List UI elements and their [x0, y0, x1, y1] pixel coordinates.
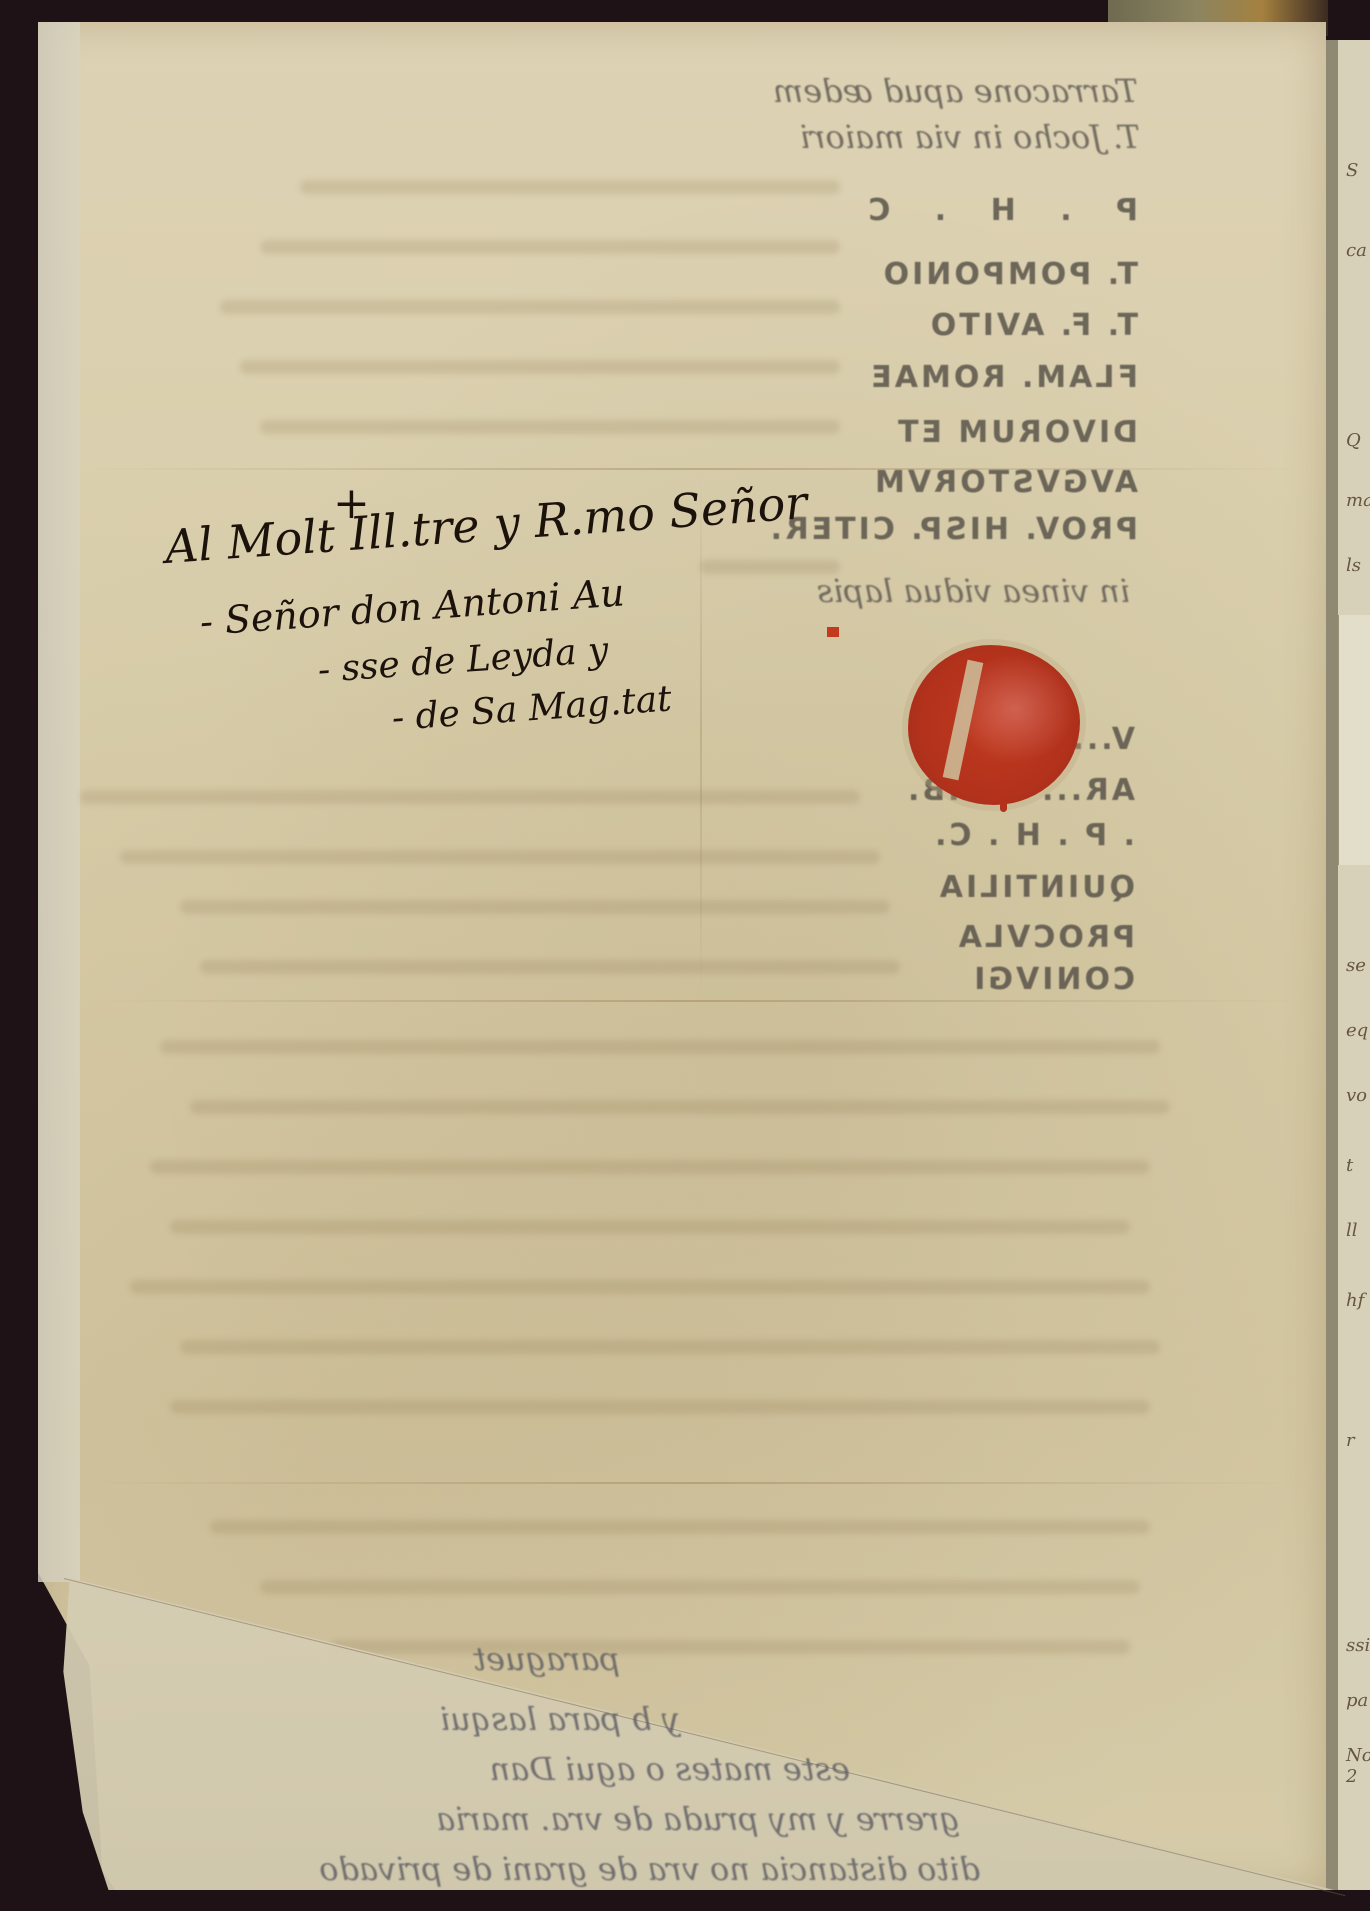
adjacent-page-fragment: t: [1346, 1155, 1353, 1176]
page-margin-strip: [38, 22, 80, 1582]
fold-line: [700, 470, 702, 1000]
adjacent-page-fragment: S: [1346, 160, 1358, 181]
mirrored-inscription-line: QUINTILIA: [893, 870, 1135, 905]
mirrored-inscription-line: T. F. AVITO: [895, 308, 1138, 343]
mirrored-header-line: T. Jocho in via maiori: [740, 118, 1140, 156]
mirrored-inscription-line: PROCVLA: [938, 920, 1135, 955]
wax-fleck: [827, 627, 839, 637]
wax-seal: [908, 645, 1080, 805]
adjacent-page-tab: [1338, 615, 1370, 865]
adjacent-page-fragment: Q: [1346, 430, 1361, 451]
adjacent-page-fragment: ssimo: [1346, 1635, 1370, 1656]
flap-text-line: y b para lasqui: [80, 1700, 680, 1738]
flap-text-line: grerre y my pruda de vra. maria: [80, 1800, 960, 1838]
manuscript-scan: S ca Q ma ls se eq vo t ll hf r ssimo pa…: [0, 0, 1370, 1911]
adjacent-page-fragment: ca: [1346, 240, 1367, 261]
mirrored-inscription-line: AVGVSTORVM: [862, 465, 1138, 500]
mirrored-inscription-line: FLAM. ROMAE: [845, 360, 1138, 395]
adjacent-page-fragment: pa: [1346, 1690, 1368, 1711]
mirrored-inscription-line: PROV. HISP. CITER.: [768, 512, 1138, 547]
wax-drip: [1000, 800, 1007, 812]
adjacent-page-fragment: ls: [1346, 555, 1361, 576]
adjacent-page-fragment: ma: [1346, 490, 1370, 511]
adjacent-page-fragment: eq: [1346, 1020, 1368, 1041]
adjacent-page-fragment: No 2: [1346, 1745, 1370, 1787]
mirrored-inscription-line: P . H . C: [938, 193, 1138, 228]
mirrored-inscription-note: in vinea vidua lapis: [810, 572, 1130, 610]
mirrored-header-line: Tarracone apud ædem: [668, 72, 1138, 110]
adjacent-page-fragment: se: [1346, 955, 1366, 976]
adjacent-page-fragment: ll: [1346, 1220, 1358, 1241]
adjacent-page-fragment: r: [1346, 1430, 1355, 1451]
mirrored-inscription-line: CONIVGI: [950, 962, 1135, 997]
fold-line: [80, 1482, 1310, 1484]
flap-text-line: paraguet: [150, 1640, 620, 1678]
flap-text-line: dito distancia no vra de grani de privad…: [80, 1850, 980, 1888]
fold-line: [80, 1000, 1310, 1002]
flap-text-line: este mates o agui Dan: [150, 1750, 850, 1788]
adjacent-page-fragment: hf: [1346, 1290, 1364, 1311]
adjacent-page-fragment: vo: [1346, 1085, 1367, 1106]
mirrored-inscription-line: V...: [1085, 722, 1135, 757]
mirrored-inscription-line: . P . H . C.: [935, 818, 1135, 853]
mirrored-inscription-line: T. POMPONIO: [880, 257, 1138, 292]
mirrored-inscription-line: DIVORUM ET: [858, 415, 1138, 450]
